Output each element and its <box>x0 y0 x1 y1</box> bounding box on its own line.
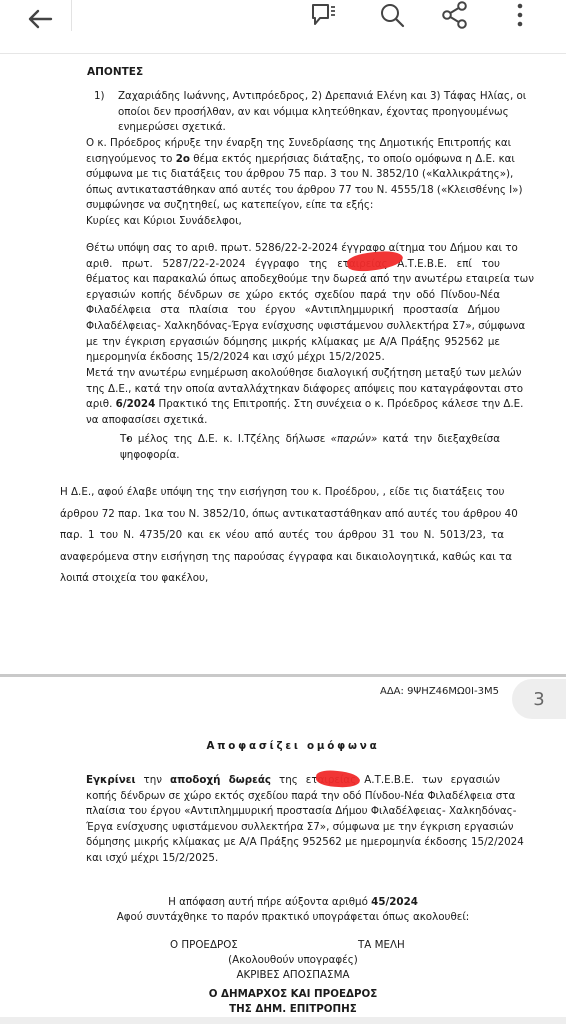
document-page-3: ΑΔΑ: 9ΨΗΖ46ΜΩ0Ι-3Μ5 3 Αποφασίζει ομόφωνα… <box>0 677 566 1017</box>
abstention-note: Το μέλος της Δ.Ε. κ. Ι.Τζέλης δήλωσε «πα… <box>120 432 500 463</box>
exact-copy-label: ΑΚΡΙΒΕΣ ΑΠΟΣΠΑΣΜΑ <box>86 968 500 984</box>
toolbar-divider <box>71 0 72 31</box>
back-button[interactable] <box>22 4 58 34</box>
signatures-follow: (Ακολουθούν υπογραφές) <box>86 953 500 969</box>
minutes-number: 6/2024 <box>116 398 156 410</box>
signed-note: Αφού συντάχθηκε το παρόν πρακτικό υπογρά… <box>86 910 500 926</box>
members-label: ΤΑ ΜΕΛΗ <box>358 938 405 954</box>
search-button[interactable] <box>374 0 410 30</box>
intro-paragraph: Ο κ. Πρόεδρος κήρυξε την έναρξη της Συνε… <box>86 136 500 214</box>
proposal-paragraph: Θέτω υπόψη σας το αριθ. πρωτ. 5286/22-2-… <box>86 241 500 366</box>
absent-line: Ζαχαριάδης Ιωάννης, Αντιπρόεδρος, 2) Δρε… <box>118 89 500 105</box>
salutation: Κυρίες και Κύριοι Συνάδελφοι, <box>86 214 242 230</box>
item-number: 2ο <box>176 153 190 165</box>
decision-number: 45/2024 <box>371 896 418 908</box>
absent-members-list: 1) Ζαχαριάδης Ιωάννης, Αντιπρόεδρος, 2) … <box>100 89 500 136</box>
comments-button[interactable] <box>306 0 342 30</box>
ada-code: ΑΔΑ: 9ΨΗΖ46ΜΩ0Ι-3Μ5 <box>380 686 499 697</box>
list-number: 1) <box>94 89 105 105</box>
viewer-toolbar <box>0 0 566 54</box>
page-separator-bottom <box>0 1017 566 1024</box>
committee-paragraph: Η Δ.Ε., αφού έλαβε υπόψη της την εισήγησ… <box>60 482 504 590</box>
absent-line: οποίοι δεν προσήλθαν, αν και νόμιμα κλητ… <box>118 105 500 121</box>
arrow-left-icon <box>27 8 53 30</box>
absent-line: ενημερώσει σχετικά. <box>118 120 500 136</box>
discussion-paragraph: Μετά την ανωτέρω ενημέρωση ακολούθησε δι… <box>86 366 500 428</box>
page-number-badge: 3 <box>512 679 566 719</box>
mayor-title-line2: ΤΗΣ ΔΗΜ. ΕΠΙΤΡΟΠΗΣ <box>86 1002 500 1018</box>
decision-paragraph: Εγκρίνει την αποδοχή δωρεάς της εταιρεία… <box>86 773 500 867</box>
more-options-button[interactable] <box>502 0 538 30</box>
more-vertical-icon <box>516 2 524 28</box>
share-button[interactable] <box>437 0 473 30</box>
president-label: Ο ΠΡΟΕΔΡΟΣ <box>170 938 238 954</box>
decision-heading: Αποφασίζει ομόφωνα <box>86 739 500 755</box>
mayor-title-line1: Ο ΔΗΜΑΡΧΟΣ ΚΑΙ ΠΡΟΕΔΡΟΣ <box>86 987 500 1003</box>
share-icon <box>441 1 469 29</box>
serial-number-line: Η απόφαση αυτή πήρε αύξοντα αριθμό 45/20… <box>86 895 500 911</box>
absent-heading: ΑΠΟΝΤΕΣ <box>87 65 143 81</box>
document-page-2: ΑΠΟΝΤΕΣ 1) Ζαχαριάδης Ιωάννης, Αντιπρόεδ… <box>0 54 566 674</box>
search-icon <box>379 2 405 28</box>
comment-list-icon <box>310 2 338 28</box>
